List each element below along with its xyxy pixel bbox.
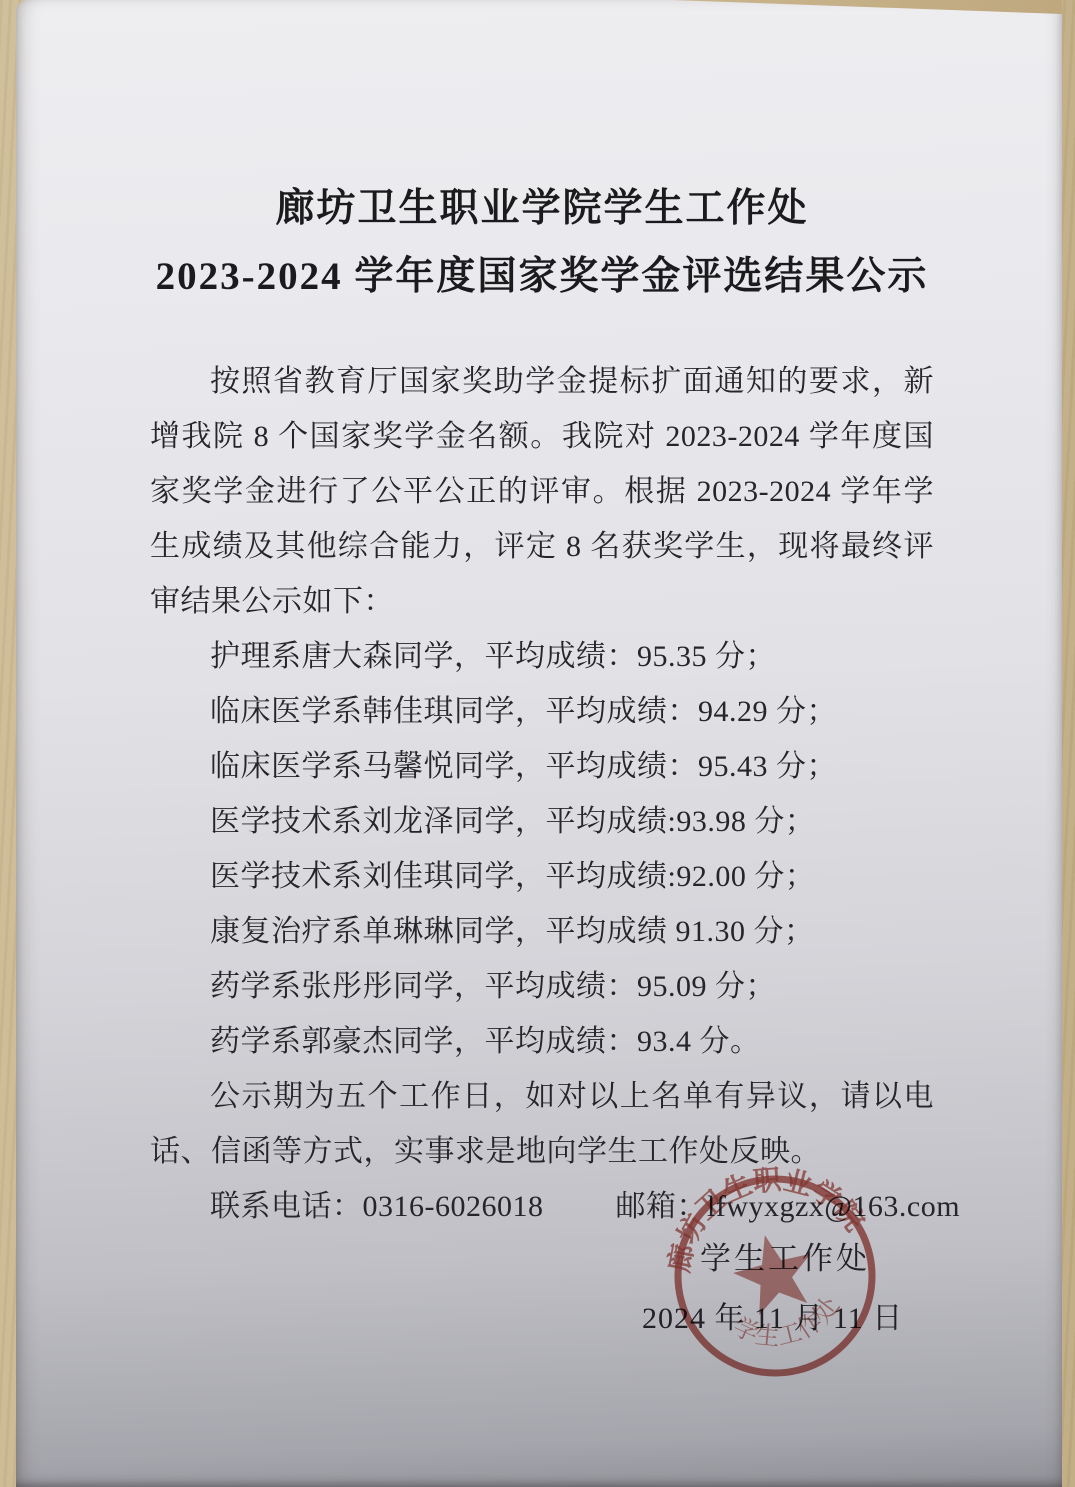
- document-body: 按照省教育厅国家奖助学金提标扩面通知的要求，新增我院 8 个国家奖学金名额。我院…: [150, 354, 934, 1234]
- student-result-line: 药学系张彤彤同学，平均成绩：95.09 分；: [150, 959, 934, 1014]
- student-result-line: 临床医学系韩佳琪同学，平均成绩：94.29 分；: [150, 684, 934, 739]
- official-stamp: 廊坊卫生职业学院 学生工作处: [662, 1163, 888, 1389]
- student-result-line: 护理系唐大森同学，平均成绩：95.35 分；: [150, 629, 934, 684]
- student-result-line: 医学技术系刘龙泽同学，平均成绩:93.98 分；: [150, 794, 934, 849]
- student-result-line: 药学系郭豪杰同学，平均成绩：93.4 分。: [150, 1014, 934, 1069]
- student-result-line: 医学技术系刘佳琪同学，平均成绩:92.00 分；: [150, 849, 934, 904]
- stamp-star-icon: [726, 1226, 822, 1319]
- document-title-line2: 2023-2024 学年度国家奖学金评选结果公示: [150, 252, 934, 302]
- document-content: 廊坊卫生职业学院学生工作处 2023-2024 学年度国家奖学金评选结果公示 按…: [16, 0, 1062, 1234]
- desk-background: { "title": { "line1": "廊坊卫生职业学院学生工作处", "…: [0, 0, 1075, 1487]
- document-title-line1: 廊坊卫生职业学院学生工作处: [150, 184, 934, 234]
- student-result-line: 康复治疗系单琳琳同学，平均成绩 91.30 分；: [150, 904, 934, 959]
- intro-paragraph: 按照省教育厅国家奖助学金提标扩面通知的要求，新增我院 8 个国家奖学金名额。我院…: [150, 354, 934, 629]
- document-page: 廊坊卫生职业学院学生工作处 2023-2024 学年度国家奖学金评选结果公示 按…: [16, 0, 1062, 1487]
- phone-label: 联系电话：: [210, 1190, 363, 1223]
- student-result-line: 临床医学系马馨悦同学，平均成绩：95.43 分；: [150, 739, 934, 794]
- phone-number: 0316-6026018: [363, 1190, 544, 1223]
